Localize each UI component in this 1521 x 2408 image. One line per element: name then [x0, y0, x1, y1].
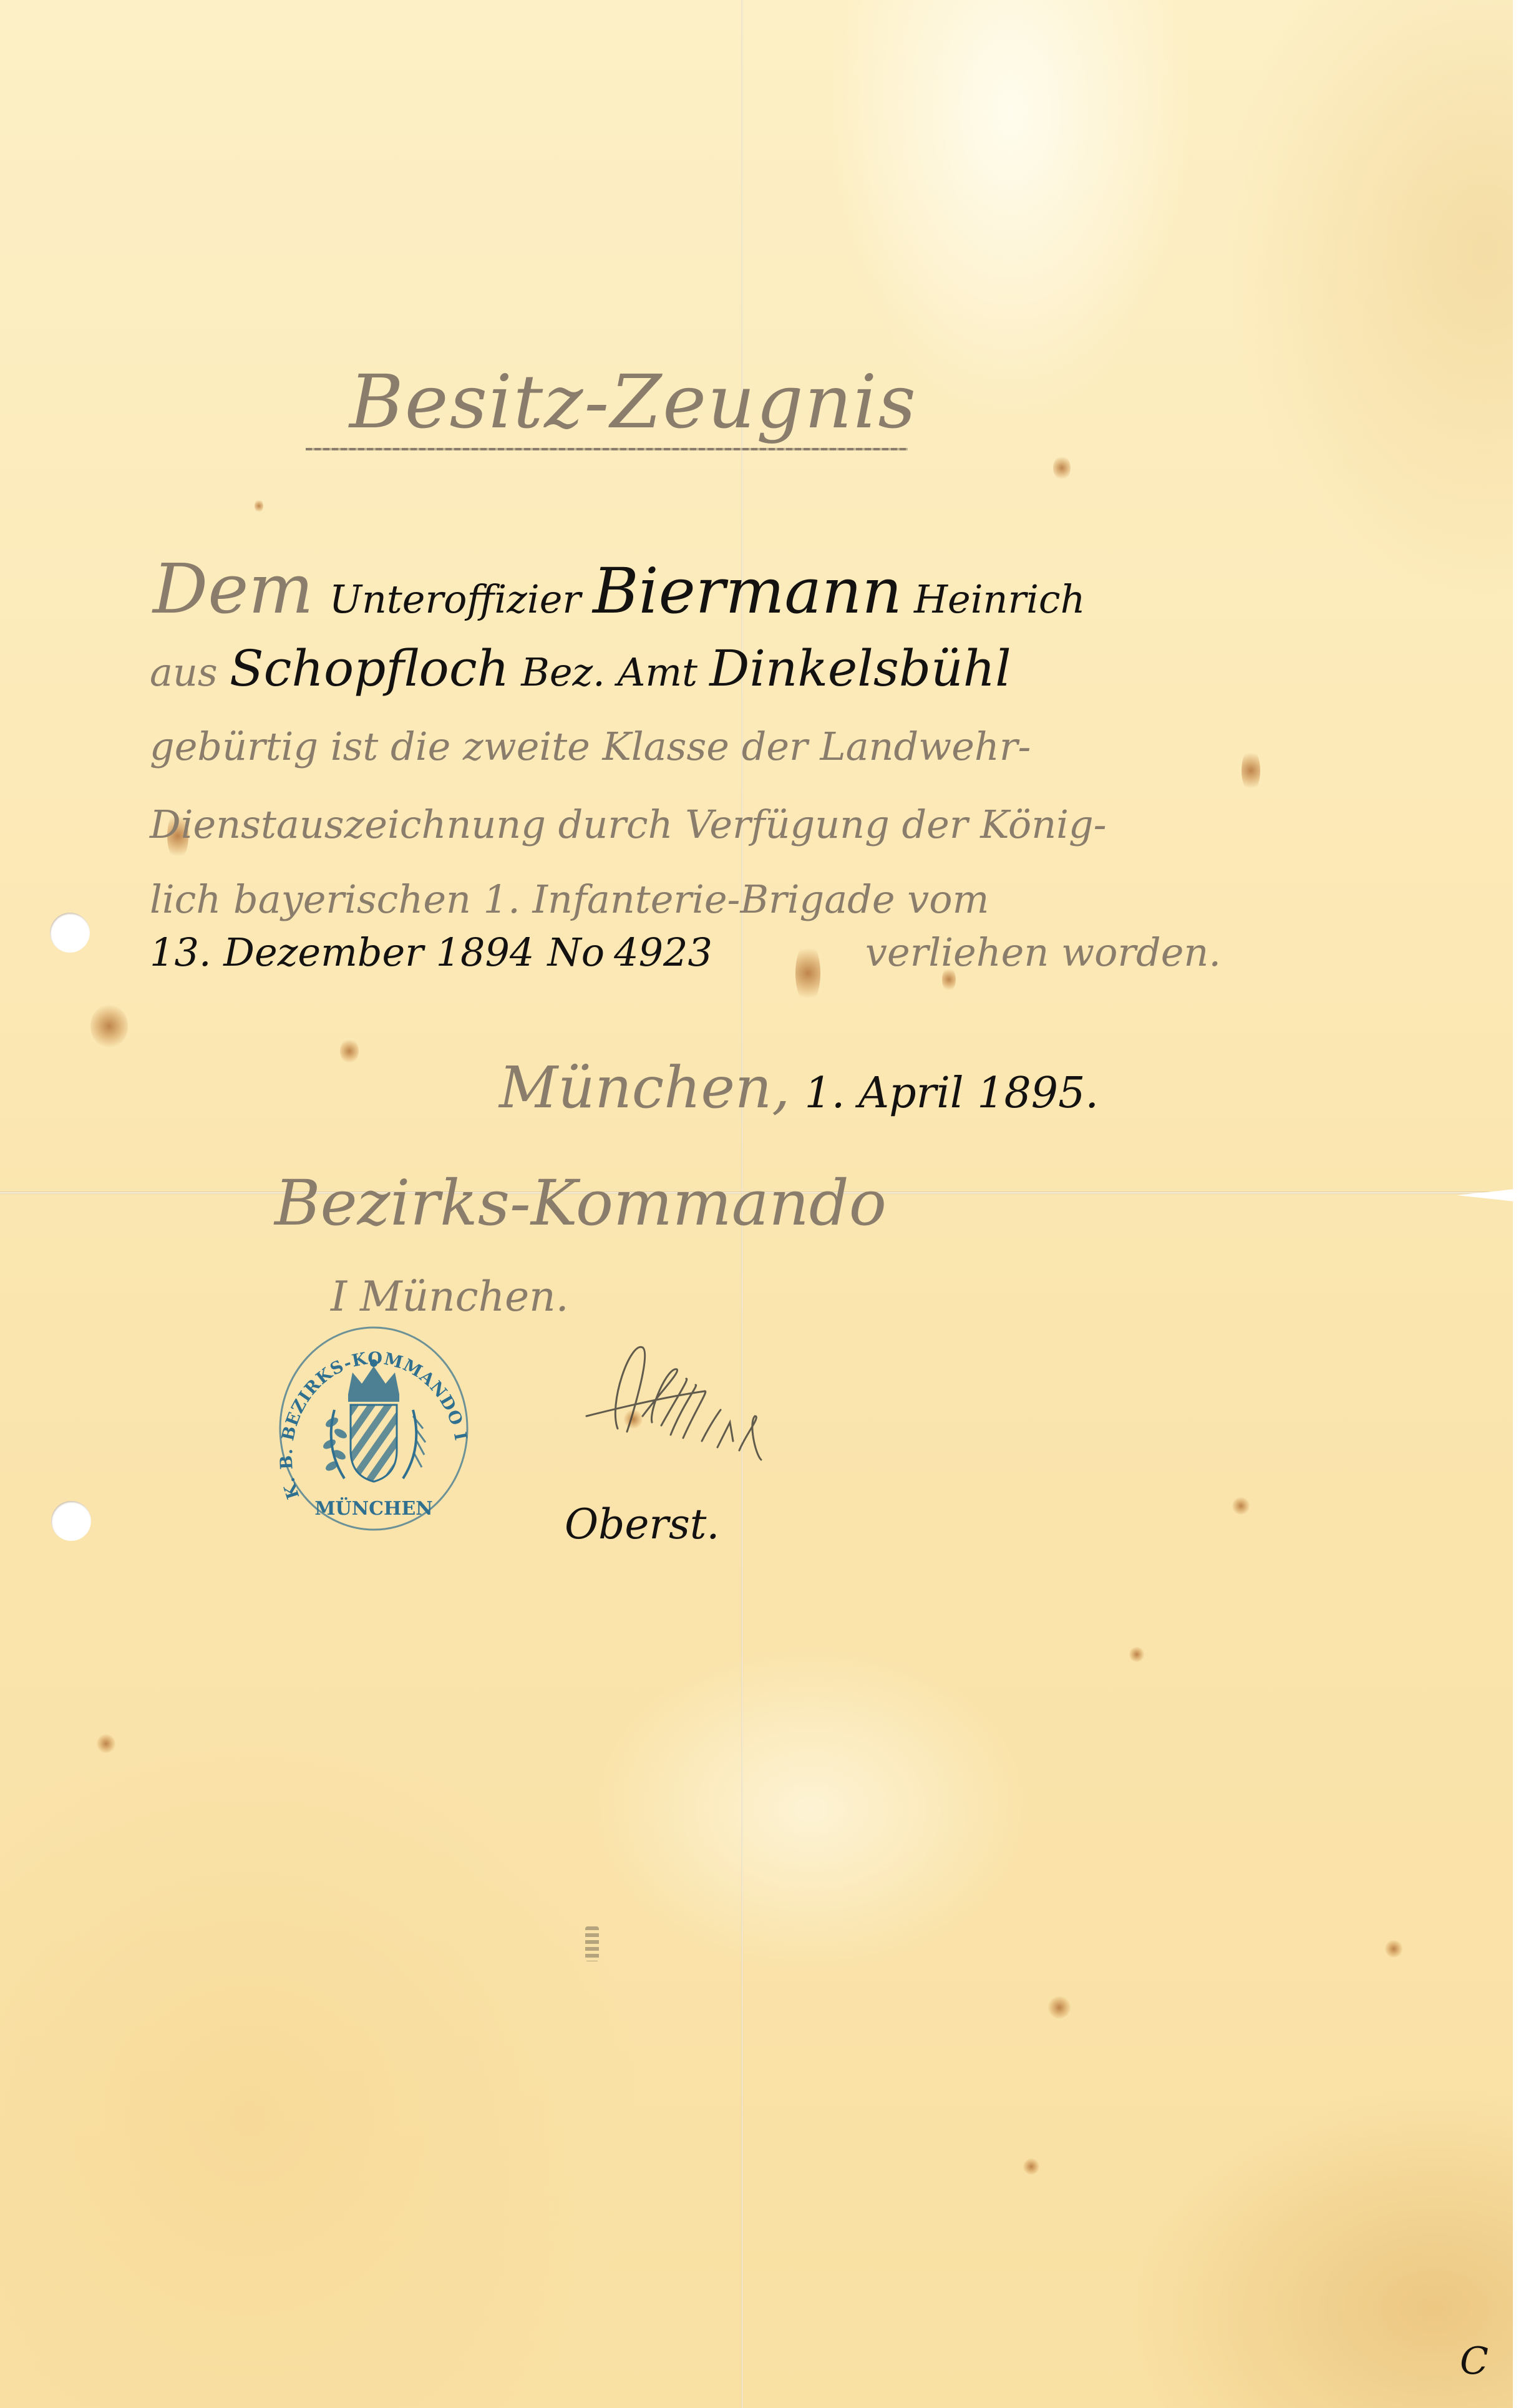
place: München,: [499, 1054, 790, 1121]
issue-date: 1. April 1895.: [805, 1069, 1099, 1118]
issuer-line-2: I München.: [331, 1273, 569, 1321]
foxing-spot: [1048, 1996, 1071, 2019]
foxing-spot: [1385, 1940, 1402, 1958]
title-underline: [306, 448, 908, 450]
body-line-6: 13. Dezember 1894 No 4923 verliehen word…: [150, 930, 1221, 975]
rank: Unteroffizier: [329, 576, 581, 622]
punch-hole-lower: [51, 1501, 91, 1541]
district-label: Bez. Amt: [521, 649, 697, 695]
foxing-spot: [90, 1004, 128, 1048]
foxing-spot: [1232, 1497, 1250, 1515]
decree-number-label: No: [547, 930, 605, 975]
salutation: Dem: [153, 549, 314, 629]
punch-hole-upper: [50, 913, 90, 953]
signatory-rank: Oberst.: [565, 1500, 719, 1548]
faint-archive-mark: [585, 1926, 599, 1961]
foxing-spot: [1053, 455, 1071, 480]
birthplace: Schopfloch: [230, 639, 509, 697]
foxing-spot: [97, 1734, 115, 1753]
bavarian-shield-icon: [351, 1405, 397, 1482]
surname: Biermann: [593, 555, 902, 628]
body-line-2: aus Schopfloch Bez. Amt Dinkelsbühl: [150, 639, 1011, 697]
official-stamp: K. B. BEZIRKS-KOMMANDO I MÜNCHEN: [275, 1323, 473, 1535]
document-title: Besitz-Zeugnis: [349, 359, 917, 445]
body-line-3: gebürtig ist die zweite Klasse der Landw…: [150, 724, 1031, 769]
given-name: Heinrich: [914, 576, 1086, 622]
body-line-4: Dienstauszeichnung durch Verfügung der K…: [150, 802, 1107, 847]
decree-number: 4923: [614, 930, 712, 975]
origin-prefix: aus: [150, 649, 218, 695]
district: Dinkelsbühl: [709, 639, 1011, 697]
decree-date: 13. Dezember 1894: [150, 930, 534, 975]
foxing-spot: [1023, 2158, 1039, 2175]
issuer-line-1: Bezirks-Kommando: [275, 1167, 887, 1240]
foxing-spot: [255, 499, 263, 513]
decree-suffix: verliehen worden.: [865, 930, 1221, 975]
foxing-spot: [340, 1039, 359, 1064]
stamp-city-text: MÜNCHEN: [314, 1497, 432, 1520]
palm-branch-icon: [403, 1410, 416, 1478]
body-line-5: lich bayerischen 1. Infanterie-Brigade v…: [150, 876, 989, 922]
foxing-spot: [1129, 1647, 1144, 1662]
foxing-spot: [1242, 749, 1260, 792]
corner-mark: C: [1460, 2339, 1489, 2383]
body-line-1: Dem Unteroffizier Biermann Heinrich: [153, 549, 1086, 629]
place-date: München, 1. April 1895.: [499, 1054, 1099, 1121]
signature-scrawl: [574, 1329, 799, 1478]
